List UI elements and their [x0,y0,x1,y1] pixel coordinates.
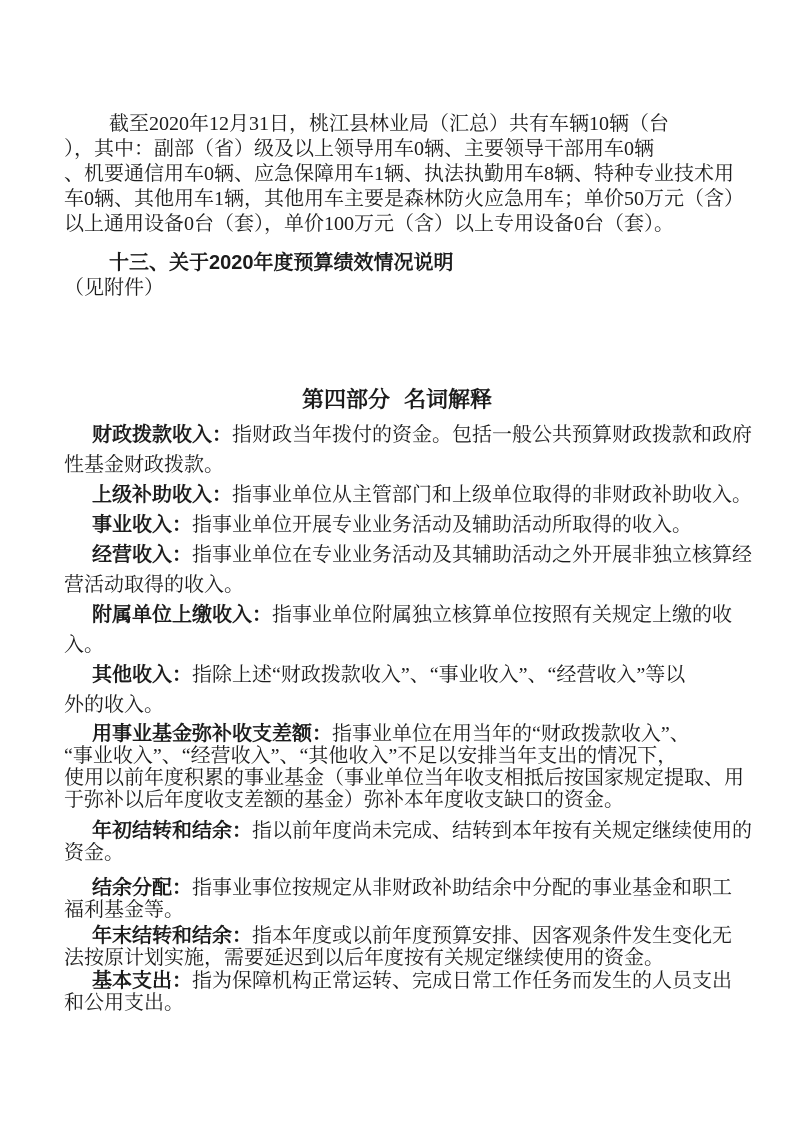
definition-term: 财政拨款收入： [92,424,232,446]
definition-line: 外的收入。 [64,690,730,720]
definition-line: 上级补助收入：指事业单位从主管部门和上级单位取得的非财政补助收入。 [64,480,730,510]
definition-line: 附属单位上缴收入：指事业单位附属独立核算单位按照有关规定上缴的收 [64,600,730,630]
definition-term: 年末结转和结余： [92,925,252,947]
definition-line: 性基金财政拨款。 [64,450,730,480]
definition-line: 法按原计划实施，需要延迟到以后年度按有关规定继续使用的资金。 [64,947,730,969]
definition-paragraph: 经营收入：指事业单位在专业业务活动及其辅助活动之外开展非独立核算经营活动取得的收… [64,540,730,600]
definition-line: 年末结转和结余：指本年度或以前年度预算安排、因客观条件发生变化无 [64,925,730,947]
document-page: 截至2020年12月31日，桃江县林业局（汇总）共有车辆10辆（台），其中：副部… [0,0,793,1122]
definition-paragraph: 基本支出：指为保障机构正常运转、完成日常工作任务而发生的人员支出和公用支出。 [64,970,730,1014]
definition-term: 用事业基金弥补收支差额： [92,723,332,745]
definitions-group-a: 财政拨款收入：指财政当年拨付的资金。包括一般公共预算财政拨款和政府性基金财政拨款… [64,420,730,720]
definition-line: 于弥补以后年度收支差额的基金）弥补本年度收支缺口的资金。 [64,789,730,811]
definition-paragraph: 事业收入：指事业单位开展专业业务活动及辅助活动所取得的收入。 [64,510,730,540]
definition-line: 入。 [64,630,730,660]
definition-paragraph: 用事业基金弥补收支差额：指事业单位在用当年的“财政拨款收入”、“事业收入”、“经… [64,723,730,811]
definition-line: 财政拨款收入：指财政当年拨付的资金。包括一般公共预算财政拨款和政府 [64,420,730,450]
section-13-heading: 十三、关于2020年度预算绩效情况说明 [64,251,730,276]
definition-line: 经营收入：指事业单位在专业业务活动及其辅助活动之外开展非独立核算经 [64,540,730,570]
definition-term: 附属单位上缴收入： [92,604,272,626]
definition-line: “事业收入”、“经营收入”、“其他收入”不足以安排当年支出的情况下， [64,745,730,767]
definition-term: 其他收入： [92,664,192,686]
document-content: 截至2020年12月31日，桃江县林业局（汇总）共有车辆10辆（台），其中：副部… [64,112,730,1014]
definition-paragraph: 年末结转和结余：指本年度或以前年度预算安排、因客观条件发生变化无法按原计划实施，… [64,925,730,969]
definition-line: 使用以前年度积累的事业基金（事业单位当年收支相抵后按国家规定提取、用 [64,767,730,789]
part4-title: 第四部分 名词解释 [64,387,730,412]
intro-line: 截至2020年12月31日，桃江县林业局（汇总）共有车辆10辆（台 [64,112,730,137]
definition-line: 基本支出：指为保障机构正常运转、完成日常工作任务而发生的人员支出 [64,970,730,992]
attachment-note: （见附件） [64,276,730,301]
definition-term: 经营收入： [92,544,192,566]
definitions-group-b: 用事业基金弥补收支差额：指事业单位在用当年的“财政拨款收入”、“事业收入”、“经… [64,723,730,1014]
definition-paragraph: 上级补助收入：指事业单位从主管部门和上级单位取得的非财政补助收入。 [64,480,730,510]
definition-term: 基本支出： [92,970,192,992]
definition-term: 上级补助收入： [92,484,232,506]
definition-paragraph: 附属单位上缴收入：指事业单位附属独立核算单位按照有关规定上缴的收入。 [64,600,730,660]
definition-paragraph: 结余分配：指事业事位按规定从非财政补助结余中分配的事业基金和职工福利基金等。 [64,877,730,921]
intro-line: ），其中：副部（省）级及以上领导用车0辆、主要领导干部用车0辆 [64,137,730,162]
definition-line: 其他收入：指除上述“财政拨款收入”、“事业收入”、“经营收入”等以 [64,660,730,690]
definition-line: 和公用支出。 [64,992,730,1014]
definition-line: 事业收入：指事业单位开展专业业务活动及辅助活动所取得的收入。 [64,510,730,540]
definition-line: 年初结转和结余：指以前年度尚未完成、结转到本年按有关规定继续使用的 [64,820,730,842]
definition-paragraph: 其他收入：指除上述“财政拨款收入”、“事业收入”、“经营收入”等以外的收入。 [64,660,730,720]
definition-line: 福利基金等。 [64,899,730,921]
definition-term: 结余分配： [92,877,192,899]
definition-term: 年初结转和结余： [92,820,252,842]
definition-line: 用事业基金弥补收支差额：指事业单位在用当年的“财政拨款收入”、 [64,723,730,745]
definition-line: 营活动取得的收入。 [64,570,730,600]
definition-paragraph: 年初结转和结余：指以前年度尚未完成、结转到本年按有关规定继续使用的资金。 [64,820,730,864]
intro-line: 、机要通信用车0辆、应急保障用车1辆、执法执勤用车8辆、特种专业技术用 [64,162,730,187]
definition-line: 资金。 [64,842,730,864]
intro-paragraph: 截至2020年12月31日，桃江县林业局（汇总）共有车辆10辆（台），其中：副部… [64,112,730,237]
definition-term: 事业收入： [92,514,192,536]
definition-paragraph: 财政拨款收入：指财政当年拨付的资金。包括一般公共预算财政拨款和政府性基金财政拨款… [64,420,730,480]
intro-line: 车0辆、其他用车1辆，其他用车主要是森林防火应急用车；单价50万元（含） [64,187,730,212]
intro-line: 以上通用设备0台（套），单价100万元（含）以上专用设备0台（套）。 [64,212,730,237]
definition-line: 结余分配：指事业事位按规定从非财政补助结余中分配的事业基金和职工 [64,877,730,899]
